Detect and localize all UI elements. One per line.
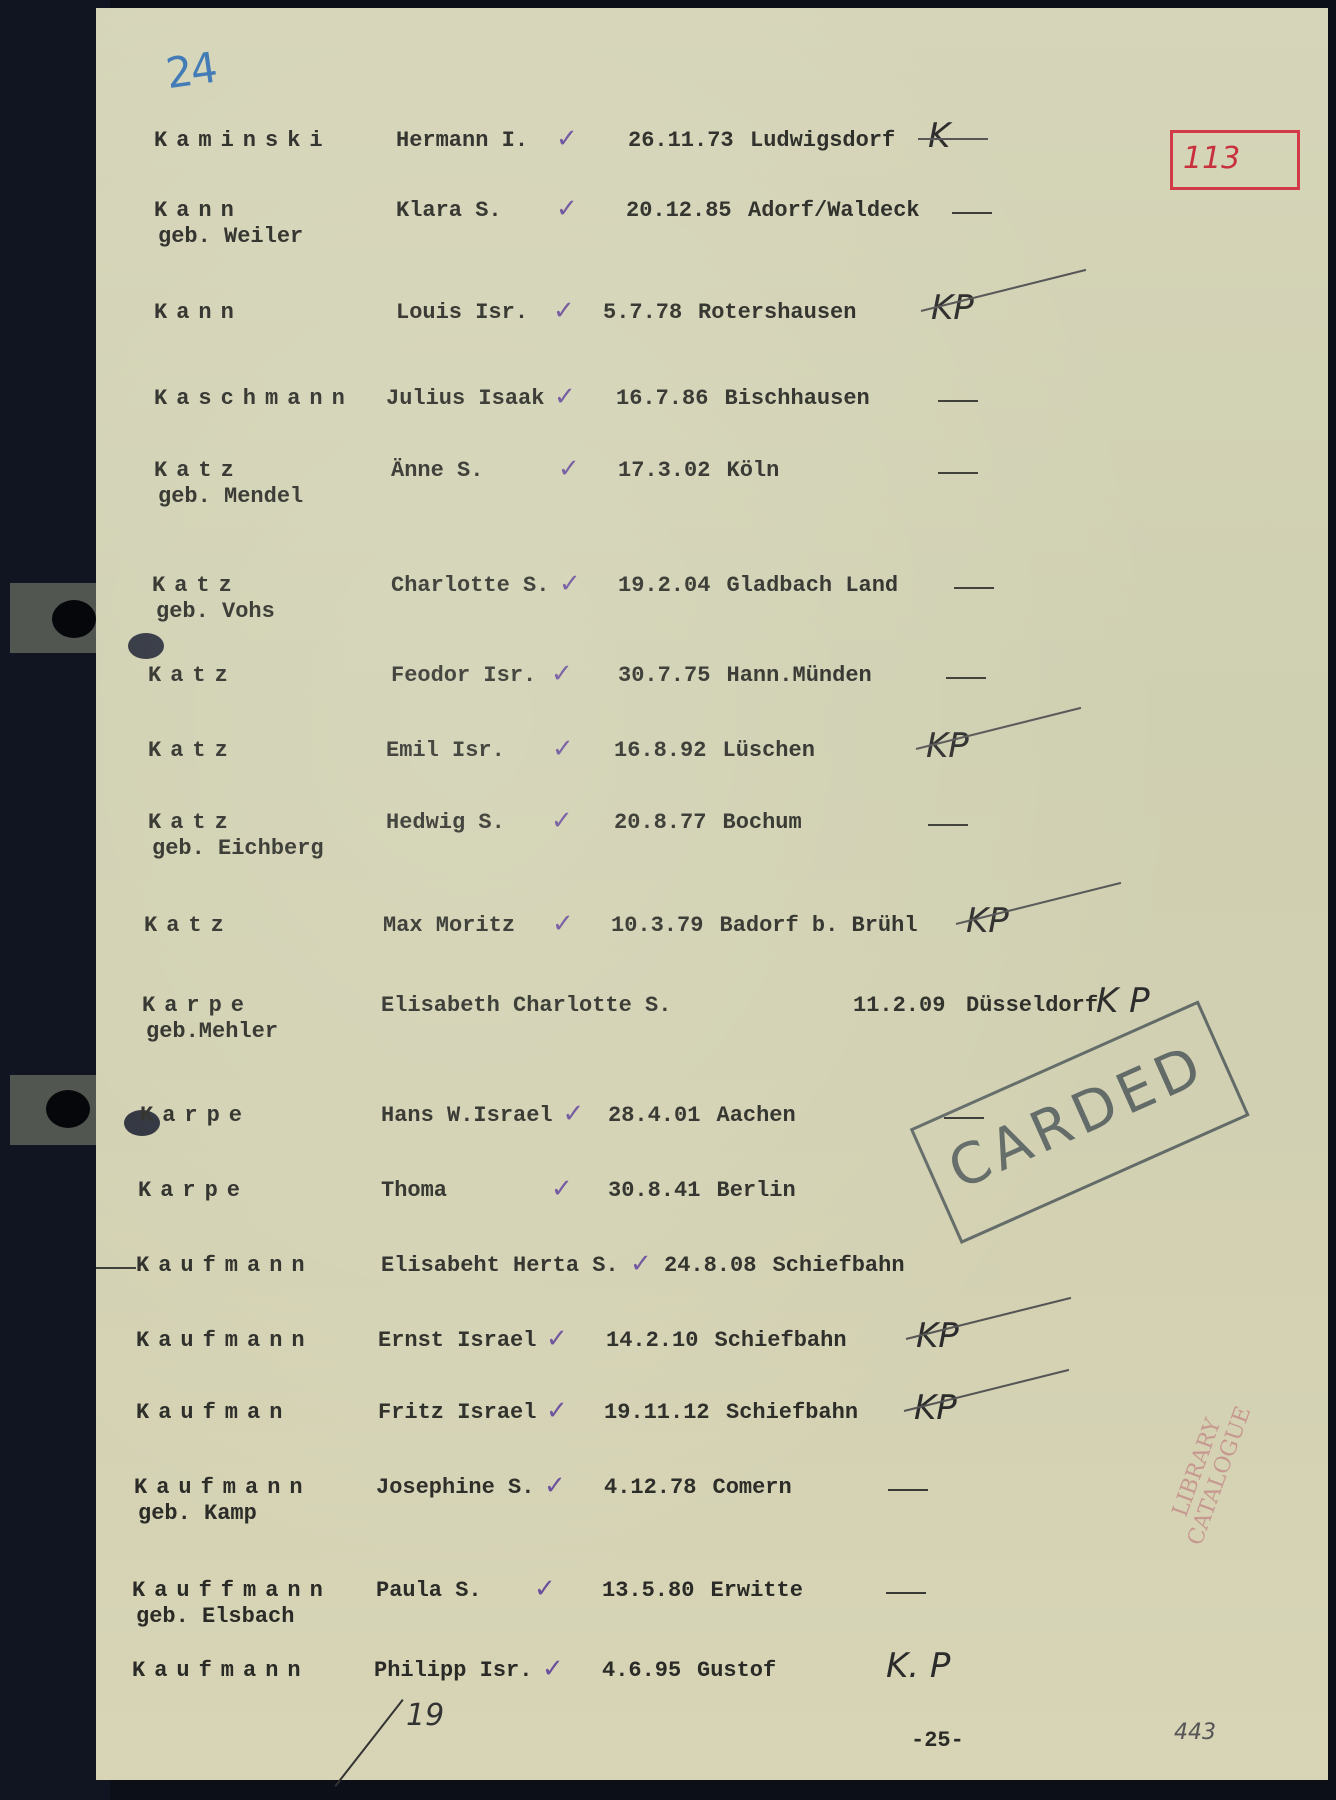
given-name: Feodor Isr. (391, 663, 536, 688)
handwritten-sheet-number: 24 (163, 43, 219, 98)
surname: Kann (154, 300, 243, 325)
birth-place: Schiefbahn (726, 1400, 858, 1425)
birth-place: Adorf/Waldeck (748, 198, 920, 223)
list-item: KannLouis Isr.✓5.7.78RotershausenKP (96, 300, 1328, 360)
given-name: Fritz Israel (378, 1400, 536, 1425)
check-icon: ✓ (630, 1249, 652, 1279)
handwritten-annotation: KP (931, 288, 974, 328)
given-name: Charlotte S. (391, 573, 549, 598)
handwritten-annotation: K (928, 116, 950, 156)
dash-mark (952, 212, 992, 214)
given-name: Louis Isr. (396, 300, 528, 325)
birth-place: Ludwigsdorf (750, 128, 895, 153)
check-icon: ✓ (551, 806, 573, 836)
check-icon: ✓ (542, 1654, 564, 1684)
list-item: KaufmannElisabeht Herta S.✓24.8.08Schief… (96, 1253, 1328, 1313)
surname: Katz (148, 810, 237, 835)
handwritten-annotation: KP (966, 901, 1009, 941)
list-item: KaminskiHermann I.✓26.11.73LudwigsdorfK (96, 128, 1328, 188)
birth-place: Gladbach Land (727, 573, 899, 598)
list-item: KaschmannJulius Isaak✓16.7.86Bischhausen (96, 386, 1328, 446)
birth-date: 30.8.41 (608, 1178, 700, 1203)
maiden-name: geb. Eichberg (152, 836, 324, 861)
handwritten-fraction: 19 (406, 1698, 444, 1733)
list-item: KaufmannPhilipp Isr.✓4.6.95GustofK. P (96, 1658, 1328, 1718)
list-item: KaufmannErnst Israel✓14.2.10SchiefbahnKP (96, 1328, 1328, 1388)
dash-mark (886, 1592, 926, 1594)
birth-date: 20.8.77 (614, 810, 706, 835)
maiden-name: geb. Mendel (158, 484, 303, 509)
given-name: Hermann I. (396, 128, 528, 153)
surname: Kaufmann (136, 1253, 314, 1278)
handwritten-annotation: KP (916, 1316, 959, 1356)
birth-date: 13.5.80 (602, 1578, 694, 1603)
surname: Kaufmann (132, 1658, 310, 1683)
given-name: Änne S. (391, 458, 483, 483)
document-page: 24 113 KaminskiHermann I.✓26.11.73Ludwig… (96, 8, 1328, 1780)
given-name: Max Moritz (383, 913, 515, 938)
check-icon: ✓ (552, 734, 574, 764)
punch-hole (128, 633, 164, 659)
birth-date: 10.3.79 (611, 913, 703, 938)
list-item: Katzgeb. MendelÄnne S.✓17.3.02Köln (96, 458, 1328, 518)
strike-line (918, 138, 988, 140)
check-icon: ✓ (534, 1574, 556, 1604)
list-item: KaufmanFritz Israel✓19.11.12SchiefbahnKP (96, 1400, 1328, 1460)
maiden-name: geb. Elsbach (136, 1604, 294, 1629)
birth-date: 26.11.73 (628, 128, 734, 153)
surname: Kaufmann (134, 1475, 312, 1500)
birth-date: 28.4.01 (608, 1103, 700, 1128)
surname: Kann (154, 198, 243, 223)
dash-mark (946, 677, 986, 679)
check-icon: ✓ (546, 1396, 568, 1426)
given-name: Thoma (381, 1178, 447, 1203)
check-icon: ✓ (559, 569, 581, 599)
page-number: -25- (911, 1728, 964, 1753)
binder-hole (46, 1090, 90, 1128)
surname: Karpe (140, 1103, 251, 1128)
binder-spine (0, 0, 110, 1800)
handwritten-annotation: K. P (886, 1646, 950, 1686)
surname: Karpe (138, 1178, 249, 1203)
list-item: Katzgeb. EichbergHedwig S.✓20.8.77Bochum (96, 810, 1328, 870)
birth-date: 16.8.92 (614, 738, 706, 763)
dash-mark (954, 587, 994, 589)
dash-mark (888, 1489, 928, 1491)
handwritten-annotation: KP (926, 726, 969, 766)
dash-mark (938, 400, 978, 402)
birth-place: Erwitte (711, 1578, 803, 1603)
check-icon: ✓ (553, 296, 575, 326)
handwritten-annotation: KP (914, 1388, 957, 1428)
surname: Katz (148, 738, 237, 763)
birth-place: Schiefbahn (715, 1328, 847, 1353)
birth-date: 17.3.02 (618, 458, 710, 483)
list-item: Kaufmanngeb. KampJosephine S.✓4.12.78Com… (96, 1475, 1328, 1535)
given-name: Ernst Israel (378, 1328, 536, 1353)
birth-place: Lüschen (723, 738, 815, 763)
birth-date: 4.6.95 (602, 1658, 681, 1683)
maiden-name: geb. Kamp (138, 1501, 257, 1526)
given-name: Julius Isaak (386, 386, 544, 411)
birth-date: 11.2.09 (853, 993, 945, 1018)
given-name: Elisabeth Charlotte S. (381, 993, 671, 1018)
given-name: Philipp Isr. (374, 1658, 532, 1683)
birth-place: Schiefbahn (773, 1253, 905, 1278)
given-name: Paula S. (376, 1578, 482, 1603)
birth-date: 5.7.78 (603, 300, 682, 325)
surname: Katz (148, 663, 237, 688)
birth-date: 4.12.78 (604, 1475, 696, 1500)
list-item: Kauffmanngeb. ElsbachPaula S.✓13.5.80Erw… (96, 1578, 1328, 1638)
check-icon: ✓ (544, 1471, 566, 1501)
surname: Kaufmann (136, 1328, 314, 1353)
dash-mark (938, 472, 978, 474)
surname: Katz (154, 458, 243, 483)
birth-place: Bochum (723, 810, 802, 835)
check-icon: ✓ (551, 659, 573, 689)
given-name: Hans W.Israel (381, 1103, 553, 1128)
handwritten-bottom-number: 443 (1174, 1720, 1216, 1745)
birth-date: 19.2.04 (618, 573, 710, 598)
list-item: Kanngeb. WeilerKlara S.✓20.12.85Adorf/Wa… (96, 198, 1328, 258)
check-icon: ✓ (546, 1324, 568, 1354)
dash-mark (96, 1267, 136, 1269)
surname: Karpe (142, 993, 253, 1018)
given-name: Elisabeht Herta S. (381, 1253, 619, 1278)
surname: Katz (144, 913, 233, 938)
list-item: Katzgeb. VohsCharlotte S.✓19.2.04Gladbac… (96, 573, 1328, 633)
birth-date: 14.2.10 (606, 1328, 698, 1353)
dash-mark (928, 824, 968, 826)
list-item: KatzFeodor Isr.✓30.7.75Hann.Münden (96, 663, 1328, 723)
list-item: KatzEmil Isr.✓16.8.92LüschenKP (96, 738, 1328, 798)
check-icon: ✓ (552, 909, 574, 939)
birth-place: Gustof (697, 1658, 776, 1683)
given-name: Hedwig S. (386, 810, 505, 835)
surname: Katz (152, 573, 241, 598)
surname: Kaminski (154, 128, 332, 153)
birth-date: 16.7.86 (616, 386, 708, 411)
surname: Kaschmann (154, 386, 354, 411)
birth-place: Hann.Münden (727, 663, 872, 688)
check-icon: ✓ (551, 1174, 573, 1204)
check-icon: ✓ (556, 124, 578, 154)
maiden-name: geb.Mehler (146, 1019, 278, 1044)
maiden-name: geb. Vohs (156, 599, 275, 624)
birth-date: 20.12.85 (626, 198, 732, 223)
check-icon: ✓ (558, 454, 580, 484)
birth-date: 19.11.12 (604, 1400, 710, 1425)
birth-place: Rotershausen (698, 300, 856, 325)
birth-place: Comern (713, 1475, 792, 1500)
birth-place: Berlin (717, 1178, 796, 1203)
birth-place: Bischhausen (725, 386, 870, 411)
surname: Kaufman (136, 1400, 291, 1425)
birth-place: Düsseldorf (966, 993, 1098, 1018)
check-icon: ✓ (563, 1099, 585, 1129)
check-icon: ✓ (556, 194, 578, 224)
check-icon: ✓ (554, 382, 576, 412)
birth-place: Aachen (717, 1103, 796, 1128)
given-name: Emil Isr. (386, 738, 505, 763)
birth-date: 30.7.75 (618, 663, 710, 688)
list-item: KarpeThoma✓30.8.41Berlin (96, 1178, 1328, 1238)
given-name: Josephine S. (376, 1475, 534, 1500)
birth-date: 24.8.08 (664, 1253, 756, 1278)
handwritten-annotation: K P (1096, 981, 1150, 1021)
birth-place: Badorf b. Brühl (720, 913, 918, 938)
maiden-name: geb. Weiler (158, 224, 303, 249)
list-item: KatzMax Moritz✓10.3.79Badorf b. BrühlKP (96, 913, 1328, 973)
given-name: Klara S. (396, 198, 502, 223)
surname: Kauffmann (132, 1578, 332, 1603)
binder-hole (52, 600, 96, 638)
birth-place: Köln (727, 458, 780, 483)
